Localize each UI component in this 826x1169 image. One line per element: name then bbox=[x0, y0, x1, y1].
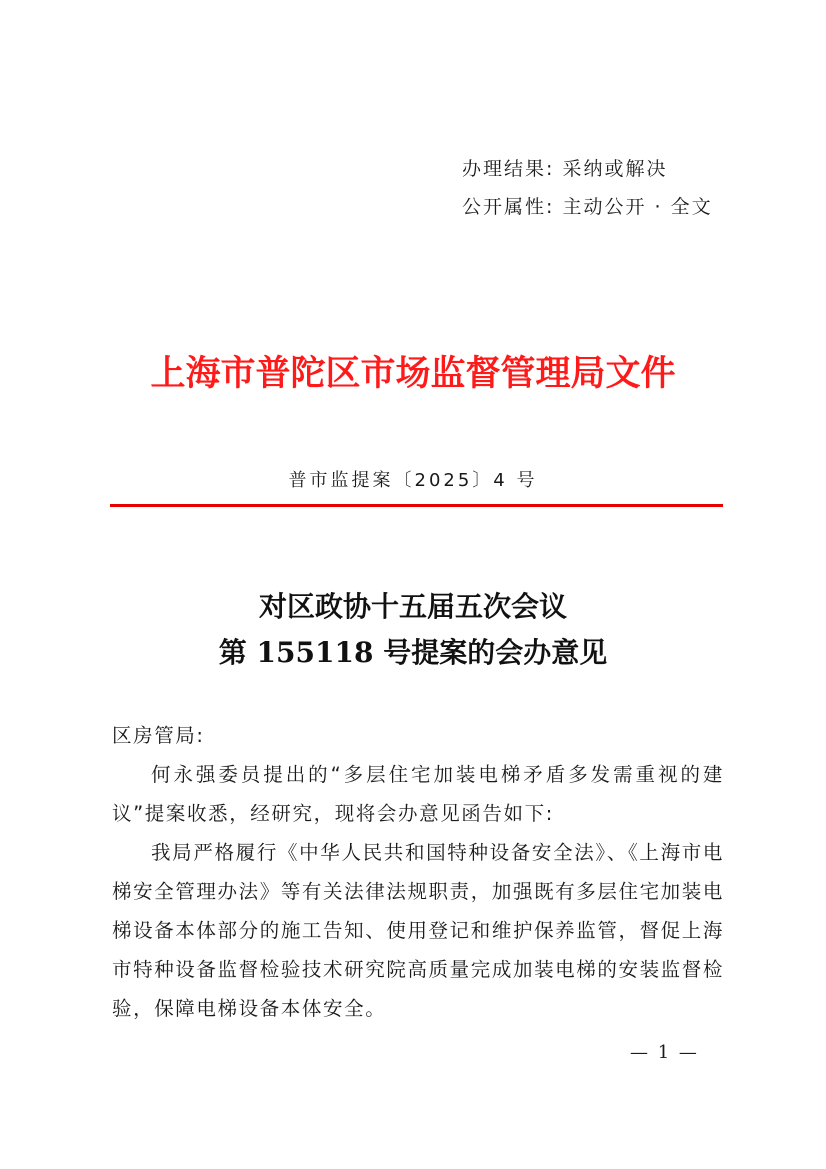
disclosure-value: 主动公开 · 全文 bbox=[562, 196, 712, 218]
body-paragraph-2: 我局严格履行《中华人民共和国特种设备安全法》、《上海市电梯安全管理办法》等有关法… bbox=[112, 833, 724, 1028]
body-paragraph-1: 何永强委员提出的“多层住宅加装电梯矛盾多发需重视的建议”提案收悉，经研究，现将会… bbox=[112, 755, 724, 833]
document-body: 区房管局: 何永强委员提出的“多层住宅加装电梯矛盾多发需重视的建议”提案收悉，经… bbox=[112, 716, 724, 1028]
handling-result-row: 办理结果: 采纳或解决 bbox=[462, 150, 713, 188]
document-number: 普市监提案〔2025〕4 号 bbox=[0, 466, 826, 492]
handling-result-label: 办理结果: bbox=[462, 158, 554, 180]
page-number: — 1 — bbox=[630, 1042, 699, 1063]
red-divider bbox=[110, 504, 723, 507]
document-metadata: 办理结果: 采纳或解决 公开属性: 主动公开 · 全文 bbox=[462, 150, 713, 226]
title-line-1: 对区政协十五届五次会议 bbox=[0, 584, 826, 630]
title-line-2: 第 155118 号提案的会办意见 bbox=[0, 630, 826, 676]
handling-result-value: 采纳或解决 bbox=[562, 158, 667, 180]
disclosure-row: 公开属性: 主动公开 · 全文 bbox=[462, 188, 713, 226]
document-title: 对区政协十五届五次会议 第 155118 号提案的会办意见 bbox=[0, 584, 826, 676]
disclosure-label: 公开属性: bbox=[462, 196, 554, 218]
salutation: 区房管局: bbox=[112, 716, 724, 755]
red-masthead: 上海市普陀区市场监督管理局文件 bbox=[0, 346, 826, 396]
document-page: 办理结果: 采纳或解决 公开属性: 主动公开 · 全文 上海市普陀区市场监督管理… bbox=[0, 0, 826, 1169]
